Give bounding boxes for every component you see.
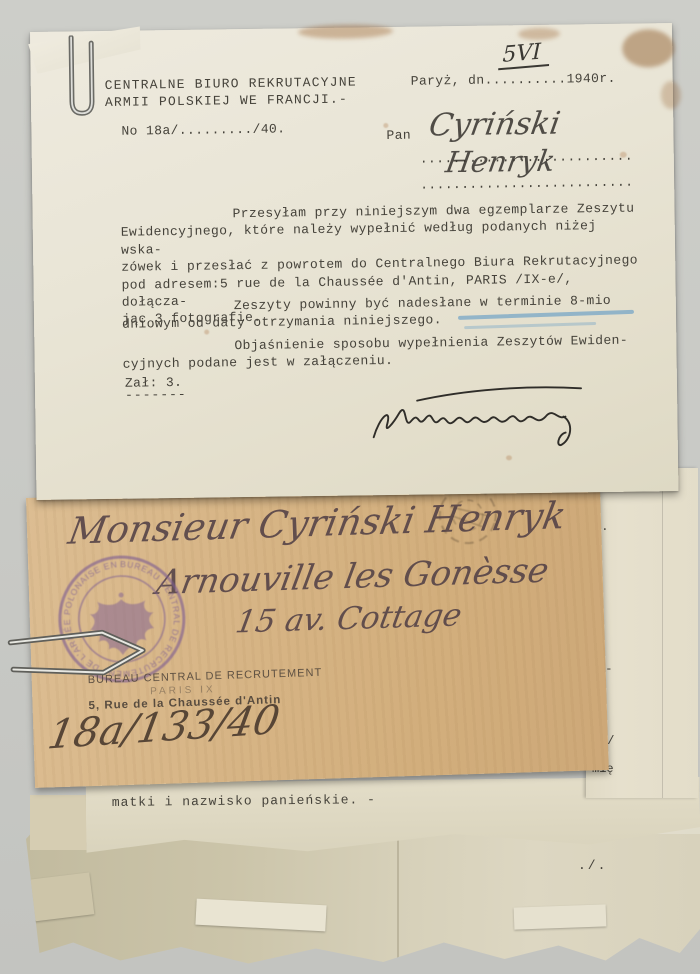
paper-stain [661,81,681,109]
printed-sender-line: PARIS IX [150,684,216,697]
typed-fragment-line: matki i nazwisko panieńskie. - [112,792,376,810]
typed-letter: CENTRALNE BIURO REKRUTACYJNE ARMII POLSK… [30,23,678,500]
dotted-line: .......................... [420,174,633,194]
handwritten-date: 5VI [498,41,549,70]
handwritten-signature [365,376,606,463]
addressee-salutation: Pan [386,127,411,145]
envelope: Monsieur Cyriński Henryk Arnouville les … [26,480,609,788]
handwritten-address-line: Arnouville les Gonèsse [154,554,552,601]
reference-number: No 18a/........./40. [121,120,285,140]
dateline: Paryż, dn..........1940r. [411,70,616,90]
typed-page-mark: ./. [578,858,607,873]
paper-stain [622,29,675,68]
torn-paper-scrap [28,872,95,921]
torn-paper-scrap [514,904,607,929]
body-paragraph-3: Objaśnienie sposobu wypełnienia Zeszytów… [122,331,642,373]
paper-stain [298,24,393,39]
photo-of-documents: ./. matki i nazwisko panieńskie. - ·. ł … [0,0,700,974]
handwritten-address-line: 15 av. Cottage [233,600,464,638]
handwritten-firstname: Henryk [444,147,558,178]
letterhead: CENTRALNE BIURO REKRUTACYJNE ARMII POLSK… [105,73,358,111]
handwritten-reference: 18a/133/40 [45,700,283,755]
torn-paper-scrap [195,899,326,932]
paperclip-icon [56,35,107,122]
handwritten-surname: Cyriński [427,109,563,142]
paper-fold-line [662,468,663,798]
enclosures-underline: ------- [125,386,187,404]
paper-stain [518,28,560,41]
